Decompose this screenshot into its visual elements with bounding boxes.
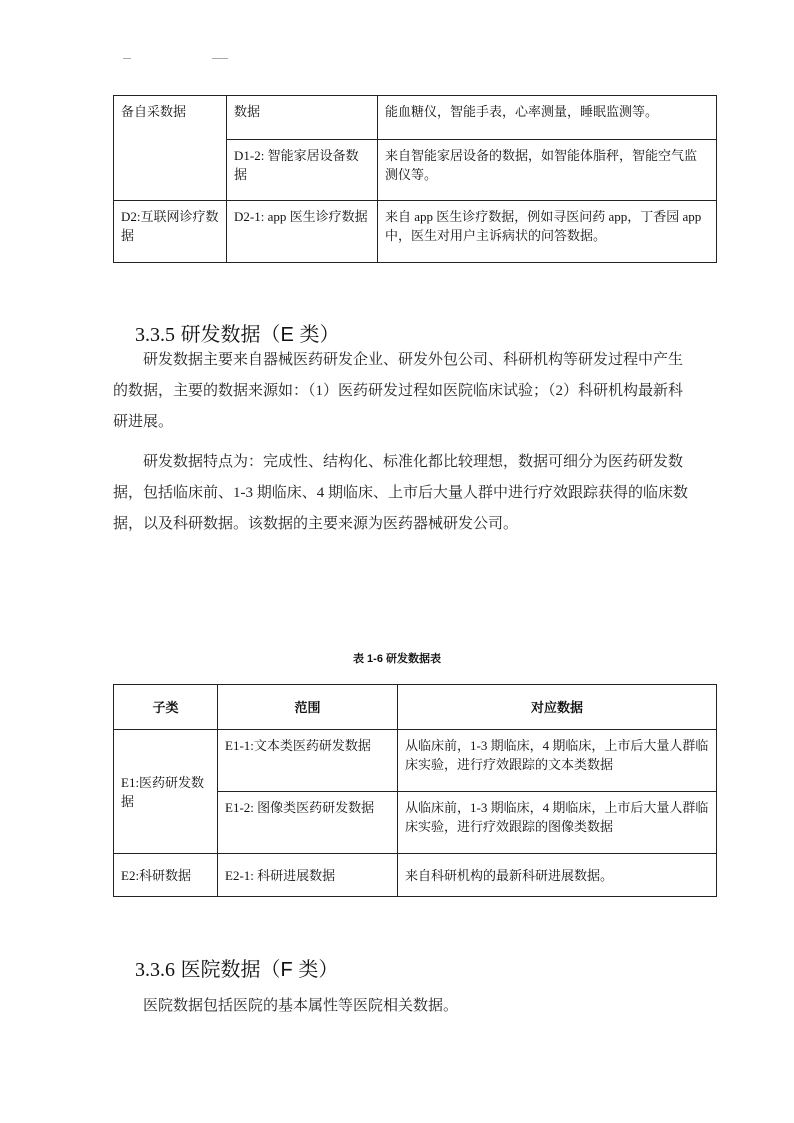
table-cell: D2-1: app 医生诊疗数据 xyxy=(227,201,378,263)
column-header: 对应数据 xyxy=(398,685,717,730)
table-cell: E1:医药研发数据 xyxy=(114,730,218,854)
table-e-research-data: 子类 范围 对应数据 E1:医药研发数据 E1-1:文本类医药研发数据 从临床前… xyxy=(113,684,717,897)
heading-text: 研发数据（E 类） xyxy=(181,324,340,346)
header-mark xyxy=(212,58,228,59)
table-cell: 数据 xyxy=(227,96,378,140)
table-cell: 备自采数据 xyxy=(114,96,227,201)
table-row: E2:科研数据 E2-1: 科研进展数据 来自科研机构的最新科研进展数据。 xyxy=(114,854,717,897)
section-heading-f: 3.3.6 医院数据（F 类） xyxy=(135,953,338,982)
table-cell: D2:互联网诊疗数据 xyxy=(114,201,227,263)
table-cell: E1-1:文本类医药研发数据 xyxy=(218,730,398,792)
table-cell: 来自科研机构的最新科研进展数据。 xyxy=(398,854,717,897)
paragraph: 研发数据特点为：完成性、结构化、标准化都比较理想，数据可细分为医药研发数据，包括… xyxy=(113,447,693,540)
heading-number: 3.3.6 xyxy=(135,959,175,981)
table-cell: D1-2: 智能家居设备数据 xyxy=(227,140,378,201)
table-caption: 表 1-6 研发数据表 xyxy=(0,650,794,666)
table-cell: 来自智能家居设备的数据，如智能体脂秤，智能空气监测仪等。 xyxy=(378,140,717,201)
paragraph: 研发数据主要来自器械医药研发企业、研发外包公司、科研机构等研发过程中产生的数据，… xyxy=(113,345,693,438)
table-cell: 从临床前，1-3 期临床，4 期临床，上市后大量人群临床实验，进行疗效跟踪的文本… xyxy=(398,730,717,792)
table-cell: E1-2: 图像类医药研发数据 xyxy=(218,792,398,854)
table-row: E1:医药研发数据 E1-1:文本类医药研发数据 从临床前，1-3 期临床，4 … xyxy=(114,730,717,792)
table-cell: E2-1: 科研进展数据 xyxy=(218,854,398,897)
table-d-data: 备自采数据 数据 能血糖仪，智能手表，心率测量，睡眠监测等。 D1-2: 智能家… xyxy=(113,95,717,263)
table-row: D2:互联网诊疗数据 D2-1: app 医生诊疗数据 来自 app 医生诊疗数… xyxy=(114,201,717,263)
table-cell: 来自 app 医生诊疗数据，例如寻医问药 app，丁香园 app 中，医生对用户… xyxy=(378,201,717,263)
paragraph: 医院数据包括医院的基本属性等医院相关数据。 xyxy=(113,991,693,1022)
table-cell: E2:科研数据 xyxy=(114,854,218,897)
header-mark xyxy=(123,58,131,59)
heading-number: 3.3.5 xyxy=(135,324,175,346)
table-row: 备自采数据 数据 能血糖仪，智能手表，心率测量，睡眠监测等。 xyxy=(114,96,717,140)
table-cell: 能血糖仪，智能手表，心率测量，睡眠监测等。 xyxy=(378,96,717,140)
column-header: 子类 xyxy=(114,685,218,730)
section-heading-e: 3.3.5 研发数据（E 类） xyxy=(135,318,339,347)
table-cell: 从临床前，1-3 期临床，4 期临床，上市后大量人群临床实验，进行疗效跟踪的图像… xyxy=(398,792,717,854)
table-header-row: 子类 范围 对应数据 xyxy=(114,685,717,730)
heading-text: 医院数据（F 类） xyxy=(181,959,339,981)
column-header: 范围 xyxy=(218,685,398,730)
